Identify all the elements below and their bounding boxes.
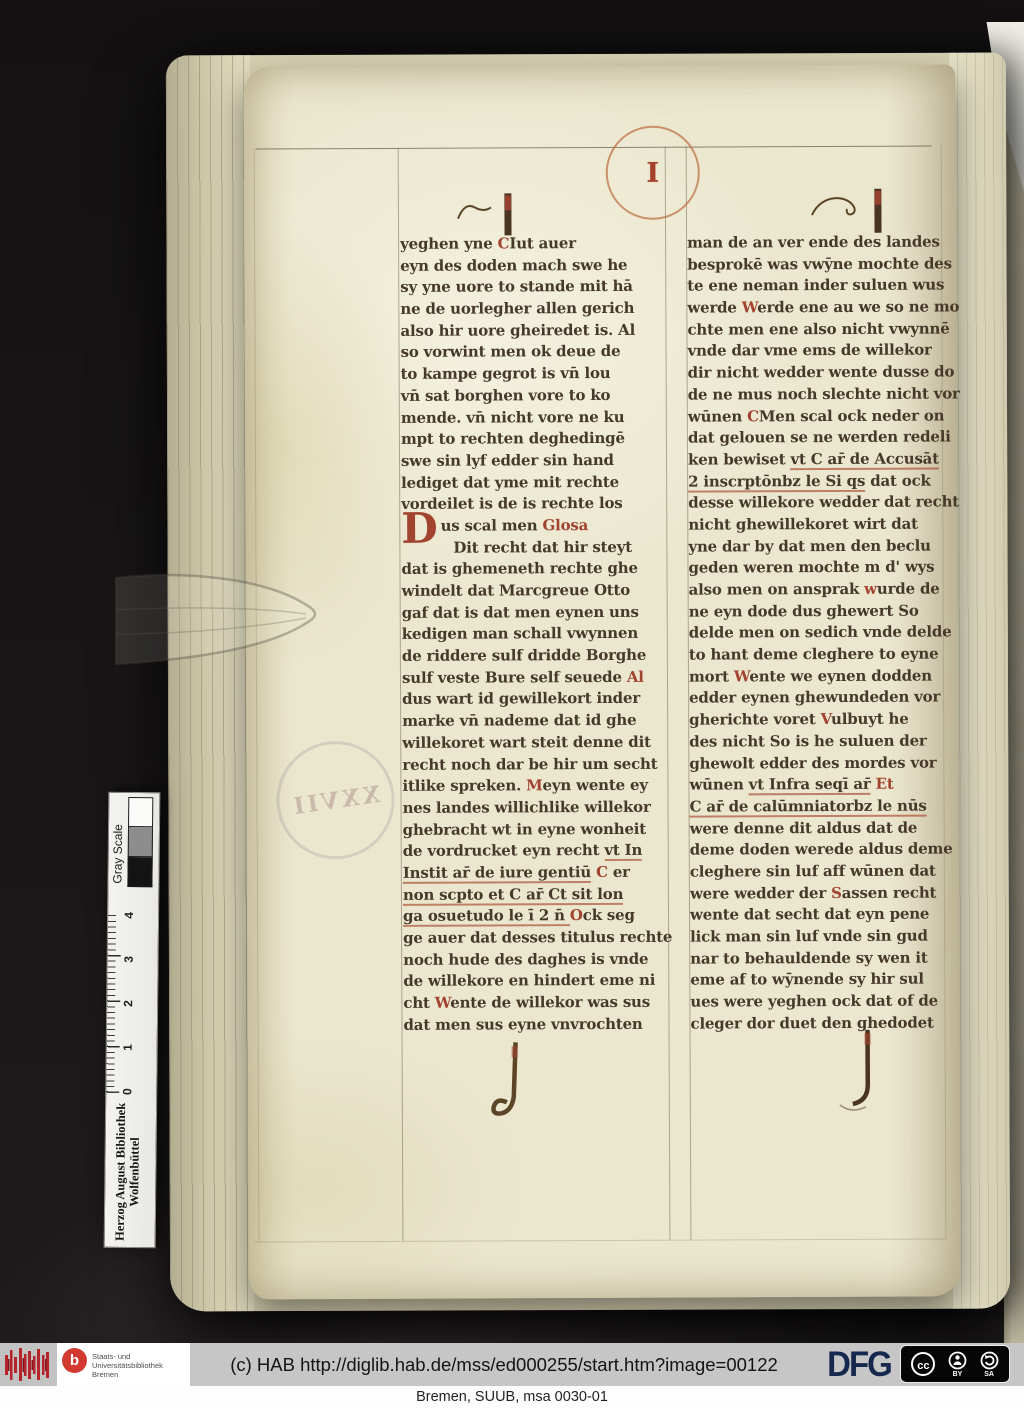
manuscript-line: edder eynen ghewundeden vor (689, 687, 951, 710)
manuscript-line: de riddere sulf dridde Borghe (402, 645, 674, 668)
manuscript-line: yne dar by dat men den beclu (688, 535, 950, 558)
ruling-line (256, 146, 932, 150)
manuscript-line: ghebracht wt in eyne wonheit (403, 818, 675, 841)
ruler-number: 1 (121, 1044, 135, 1051)
manuscript-line: C ar̄ de calūmniatorbz le nūs (690, 795, 952, 818)
manuscript-line: also men on ansprak wurde de (689, 578, 951, 601)
stamp-showthrough: XXVII (276, 741, 395, 860)
manuscript-line: geden weren mochte m d' wys (688, 557, 950, 580)
manuscript-line: dus wart id gewillekort inder (402, 688, 674, 711)
manuscript-line: de willekore en hindert eme ni (403, 970, 675, 993)
manuscript-line: mpt to rechten deghedingē (401, 428, 673, 451)
manuscript-line: te ene neman inder suluen wus (687, 275, 949, 298)
manuscript-line: itlike spreken. Meyn wente ey (402, 775, 674, 798)
manuscript-line: werde Werde ene au we so ne mo (687, 297, 949, 320)
cc-license-badge: cc BY SA (900, 1345, 1010, 1383)
manuscript-line: to hant deme cleghere to eyne (689, 644, 951, 667)
manuscript-line: nicht ghewillekoret wirt dat (688, 513, 950, 536)
library-name-line2: Wolfenbüttel (127, 1097, 143, 1247)
manuscript-line: ne eyn dode dus ghewert So (689, 600, 951, 623)
ruler-number: 2 (121, 1000, 135, 1007)
gray-scale-label: Gray Scale (110, 797, 128, 911)
manuscript-line: Dus scal men Glosa (401, 515, 673, 538)
stamp-text: XXVII (289, 780, 382, 820)
manuscript-line: wūnen CMen scal ock neder on (688, 405, 950, 428)
ruler-number: 0 (120, 1088, 134, 1095)
gray-tile-mid (128, 827, 153, 857)
manuscript-line: 2 inscrptōnbz le Si qs dat ock (688, 470, 950, 493)
gray-scale-tiles (127, 797, 153, 911)
gray-tile-white (128, 797, 153, 827)
manuscript-line: yeghen yne CIut auer (400, 233, 672, 256)
manuscript-line: were denne dit aldus dat de (690, 817, 952, 840)
manuscript-line: de ne mus noch slechte nicht vor (688, 383, 950, 406)
manuscript-line: chte men ene also nicht vwynnē (687, 318, 949, 341)
copyright-text: (c) HAB http://diglib.hab.de/mss/ed00025… (190, 1343, 818, 1386)
folio-number: I (646, 157, 659, 188)
manuscript-line: ken bewiset vt C ar̄ de Accusāt (688, 448, 950, 471)
manuscript-line: dat gelouen se ne werden redeli (688, 427, 950, 450)
suub-label-line1: Staats- und (92, 1352, 163, 1361)
manuscript-line: marke vn̄ nademe dat id ghe (402, 710, 674, 733)
dfg-logo: DFG (818, 1341, 900, 1387)
manuscript-line: ghewolt edder des mordes vor (689, 752, 951, 775)
manuscript-line: cht Wente de willekor was sus (403, 992, 675, 1015)
suub-label-line2: Universitätsbibliothek (92, 1361, 163, 1370)
cc-sa-label: SA (984, 1371, 994, 1378)
manuscript-line: vnde dar vme ems de willekor (688, 340, 950, 363)
calibration-ruler-strip: Herzog August Bibliothek Wolfenbüttel 01… (104, 792, 161, 1249)
manuscript-line: vordeilet is de is rechte los (401, 493, 673, 516)
manuscript-line: man de an ver ende des landes (687, 231, 949, 254)
pen-flourish-left-bottom (486, 1038, 540, 1128)
manuscript-line: mort Wente we eynen dodden (689, 665, 951, 688)
manuscript-line: were wedder der Sassen recht (690, 882, 952, 905)
manuscript-line: swe sin lyf edder sin hand (401, 450, 673, 473)
manuscript-line: Dit recht dat hir steyt (453, 536, 673, 559)
manuscript-line: lediget dat yme mit rechte (401, 471, 673, 494)
manuscript-line: kedigen man schall vwynnen (402, 623, 674, 646)
left-column-text: yeghen yne CIut auereyn des doden mach s… (400, 233, 675, 1037)
manuscript-line: ues were yeghen ock dat of de (690, 991, 952, 1014)
manuscript-line: dir nicht wedder wente dusse do (688, 362, 950, 385)
screenshot-root: I XXVII yeghen yne CIut auereyn des dode… (0, 0, 1024, 1409)
manuscript-line: so vorwint men ok deue de (401, 341, 673, 364)
manuscript-line: also hir uore gheiredet is. Al (400, 319, 672, 342)
suub-label: Staats- und Universitätsbibliothek Breme… (92, 1352, 163, 1379)
pen-flourish-right-top (804, 183, 900, 239)
ruling-line (254, 1239, 946, 1243)
library-label: Herzog August Bibliothek Wolfenbüttel (105, 1097, 157, 1248)
manuscript-line: cleghere sin luf aff wūnen dat (690, 860, 952, 883)
manuscript-line: wente dat secht dat eyn pene (690, 904, 952, 927)
cc-icon: cc (911, 1352, 935, 1376)
footer-bar: b Staats- und Universitätsbibliothek Bre… (0, 1343, 1024, 1386)
manuscript-line: dat is ghemeneth rechte ghe (401, 558, 673, 581)
ruler-numbers: 01234 (120, 911, 136, 1097)
manuscript-line: wūnen vt Infra seqī ar̄ Et (689, 774, 951, 797)
manuscript-line: gaf dat is dat men eynen uns (402, 601, 674, 624)
pen-flourish-right-bottom (834, 1027, 894, 1119)
manuscript-line: cleger dor duet den ghedodet (690, 1012, 952, 1035)
manuscript-line: vn̄ sat borghen vore to ko (401, 385, 673, 408)
cm-scale: 01234 (106, 911, 158, 1098)
suub-label-line3: Bremen (92, 1370, 163, 1379)
cc-sa-item: SA (980, 1351, 999, 1378)
manuscript-line: lick man sin luf vnde sin gud (690, 925, 952, 948)
manuscript-line: ga osuetudo le ī 2 n̄ Ock seg (403, 905, 675, 928)
manuscript-line: dat men sus eyne vnvrochten (403, 1013, 675, 1036)
manuscript-line: besprokē was vwȳne mochte des (687, 253, 949, 276)
manuscript-line: eyn des doden mach swe he (400, 254, 672, 277)
scale-ticks (106, 915, 121, 1093)
manuscript-line: windelt dat Marcgreue Otto (402, 580, 674, 603)
manuscript-line: to kampe gegrot is vn̄ lou (401, 363, 673, 386)
glass-page-holder (114, 546, 338, 704)
shelfmark-caption: Bremen, SUUB, msa 0030-01 (0, 1386, 1024, 1405)
manuscript-line: recht noch dar be hir um secht (402, 753, 674, 776)
cc-by-label: BY (953, 1371, 963, 1378)
manuscript-line: de vordrucket eyn recht vt In (403, 840, 675, 863)
manuscript-page: I XXVII yeghen yne CIut auereyn des dode… (243, 64, 960, 1299)
manuscript-line: noch hude des daghes is vnde (403, 948, 675, 971)
manuscript-line: desse willekore wedder dat recht (688, 492, 950, 515)
cc-by-item: BY (948, 1351, 967, 1378)
folio-number-circle: I (606, 126, 700, 220)
library-name-line1: Herzog August Bibliothek (113, 1097, 129, 1247)
photo-background: I XXVII yeghen yne CIut auereyn des dode… (0, 0, 1024, 1343)
ruler-number: 4 (122, 912, 136, 919)
manuscript-line: sy yne uore to stande mit hā (400, 276, 672, 299)
manuscript-line: non scpto et C ar̄ Ct sit lon (403, 883, 675, 906)
manuscript-line: Instit ar̄ de iure gentiū C er (403, 862, 675, 885)
manuscript-line: deme doden werede aldus deme (690, 839, 952, 862)
cc-sa-arrow-icon (980, 1351, 999, 1370)
calibration-ruler: Herzog August Bibliothek Wolfenbüttel 01… (104, 792, 161, 1249)
manuscript-line: nar to behauldende sy wen it (690, 947, 952, 970)
manuscript-line: nes landes willichlike willekor (403, 797, 675, 820)
manuscript-line: willekoret wart steit denne dit (402, 731, 674, 754)
manuscript-line: ne de uorlegher allen gerich (400, 298, 672, 321)
manuscript-line: gherichte voret Vulbuyt he (689, 709, 951, 732)
manuscript-line: mende. vn̄ nicht vore ne ku (401, 406, 673, 429)
ruler-number: 3 (122, 956, 136, 963)
gray-tile-black (127, 857, 152, 887)
right-column-text: man de an ver ende des landesbesprokē wa… (687, 231, 952, 1035)
manuscript-line: delde men on sedich vnde delde (689, 622, 951, 645)
manuscript-line: sulf veste Bure self seuede Al (402, 666, 674, 689)
gray-scale-block: Gray Scale (108, 793, 159, 912)
suub-b-logo: b (62, 1348, 87, 1373)
manuscript-line: ge auer dat desses titulus rechte (403, 927, 675, 950)
caption-strip: Bremen, SUUB, msa 0030-01 (0, 1386, 1024, 1409)
suub-barcode-logo (0, 1343, 57, 1386)
manuscript-line: eme af to wȳnende sy hir sul (690, 969, 952, 992)
manuscript-line: des nicht So is he suluen der (689, 730, 951, 753)
cc-by-person-icon (948, 1351, 967, 1370)
